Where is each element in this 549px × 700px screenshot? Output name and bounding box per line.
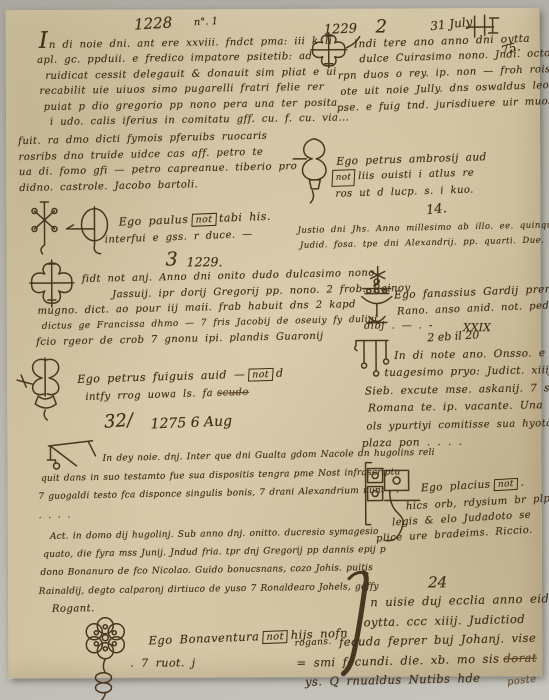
entry-year-1229-small: 1229. [187, 254, 223, 269]
pencil-number-32: 32/ [103, 410, 133, 433]
struck-word: scudo [217, 387, 249, 399]
entry-1261-paragraph: In di note ano. Onsso. e e. ser tuagesim… [357, 344, 549, 453]
manuscript-text: intfy rrog uowa ls. fa [85, 388, 213, 403]
manuscript-page: 1228 n°. 1 1229 2 31 July 75. In di noie… [6, 8, 543, 678]
manuscript-line: i udo. calis iferius in comitatu gff. cu… [50, 110, 350, 130]
annotation-year-1228: 1228 [134, 13, 173, 33]
manuscript-text: liis ouisti i atlus re [358, 168, 474, 183]
subscription-petrus-ambrosij: Ego petrus ambrosij aud notliis ouisti i… [336, 150, 488, 202]
entry-date-1275: 1275 6 Aug [150, 413, 232, 432]
witness-list-paragraph: fuit. ra dmo dicti fymois pferuibs ruoca… [18, 128, 298, 196]
subscription-placius: Ego placiusnot. [421, 476, 525, 495]
manuscript-text: . [520, 476, 524, 488]
ego-flourish-icon [64, 205, 116, 257]
entry-1228-paragraph: In di noie dni. ant ere xxviii. fndct pm… [39, 29, 350, 130]
manuscript-text: Ego paulus [118, 213, 188, 229]
manuscript-text: tabi his. [219, 210, 271, 225]
manuscript-text: Ego petrus fuiguis auid — [77, 368, 245, 386]
struck-word: dorat [503, 650, 537, 665]
subscription-paulus-line2: interfui e gss. r duce. — [105, 229, 253, 246]
cross-knot-icon [28, 199, 60, 257]
manuscript-text: Ego placius [421, 478, 491, 494]
subscription-fanassius-line1: Ego fanassius Gardij premsto [394, 282, 549, 301]
entry-number-24: 24 [428, 573, 447, 591]
subscription-fanassius-line3: dibj . — . - [364, 320, 433, 331]
subscription-petrus: Ego petrus fuiguis auid —notd [77, 367, 284, 387]
pencil-note-right: 2 eb il 20 [427, 328, 480, 344]
entry-justio-paragraph: Justio dni Jhs. Anno millesimo ab illo. … [297, 217, 549, 253]
manuscript-scan: 1228 n°. 1 1229 2 31 July 75. In di noie… [0, 0, 549, 700]
manuscript-text: = smi fecundi. die. xb. mo sis [296, 651, 499, 669]
rosette-flower-icon [81, 616, 129, 700]
not-box: not [331, 169, 355, 187]
lily-scroll-icon [15, 354, 73, 424]
not-box: not [493, 478, 517, 491]
entry-number-14: 14. [425, 201, 447, 218]
entry-1229-paragraph: Indi tere ano anno dni oytta dulce Cuira… [344, 28, 549, 117]
not-box: not [191, 213, 216, 227]
manuscript-text: Ego Bonaventura [148, 629, 259, 647]
subscription-petrus-line2: intfy rrog uowa ls. fascudo [85, 387, 249, 403]
not-box: not [248, 368, 273, 382]
annotation-number-1: n°. 1 [194, 16, 219, 28]
manuscript-line: ros ut d lucp. s. i kuo. [335, 182, 488, 202]
entry-number-3: 3 [166, 248, 178, 270]
subscription-paulus: Ego paulusnottabi his. [118, 210, 271, 230]
manuscript-text: d [276, 367, 284, 380]
subscription-bonaventura-line2: . 7 ruot. j [130, 656, 195, 669]
manuscript-line: ols ypurtiyi comitisse sua hyotaro [366, 414, 549, 435]
subscription-fanassius-line2: Rano. anso anid. not. peduas [397, 300, 549, 318]
not-box: not [262, 630, 288, 644]
